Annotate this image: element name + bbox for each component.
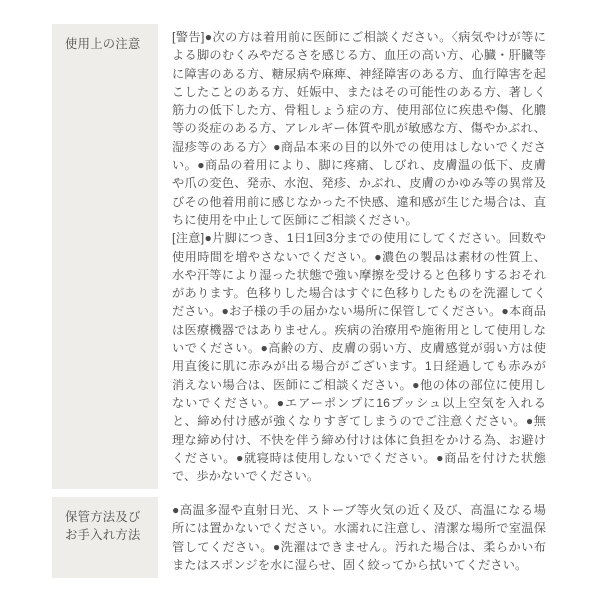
usage-precautions-text: [警告]●次の方は着用前に医師にご相談ください。〈病気やけが等による脚のむくみや…: [172, 24, 546, 489]
row-label-storage-care: 保管方法及び お手入れ方法: [52, 497, 158, 578]
warning-paragraph: [警告]●次の方は着用前に医師にご相談ください。〈病気やけが等による脚のむくみや…: [172, 28, 546, 229]
caution-paragraph: [注意]●片脚につき、1日1回3分までの使用にしてください。回数や使用時間を増や…: [172, 229, 546, 485]
storage-care-text: ●高温多湿や直射日光、ストーブ等火気の近く及び、高温になる場所には置かないでくだ…: [172, 497, 546, 578]
product-notes-table: 使用上の注意 [警告]●次の方は着用前に医師にご相談ください。〈病気やけが等によ…: [52, 24, 548, 578]
storage-paragraph: ●高温多湿や直射日光、ストーブ等火気の近く及び、高温になる場所には置かないでくだ…: [172, 501, 546, 574]
storage-care-row: 保管方法及び お手入れ方法 ●高温多湿や直射日光、ストーブ等火気の近く及び、高温…: [52, 497, 548, 578]
usage-precautions-row: 使用上の注意 [警告]●次の方は着用前に医師にご相談ください。〈病気やけが等によ…: [52, 24, 548, 489]
row-label-usage-precautions: 使用上の注意: [52, 24, 158, 489]
